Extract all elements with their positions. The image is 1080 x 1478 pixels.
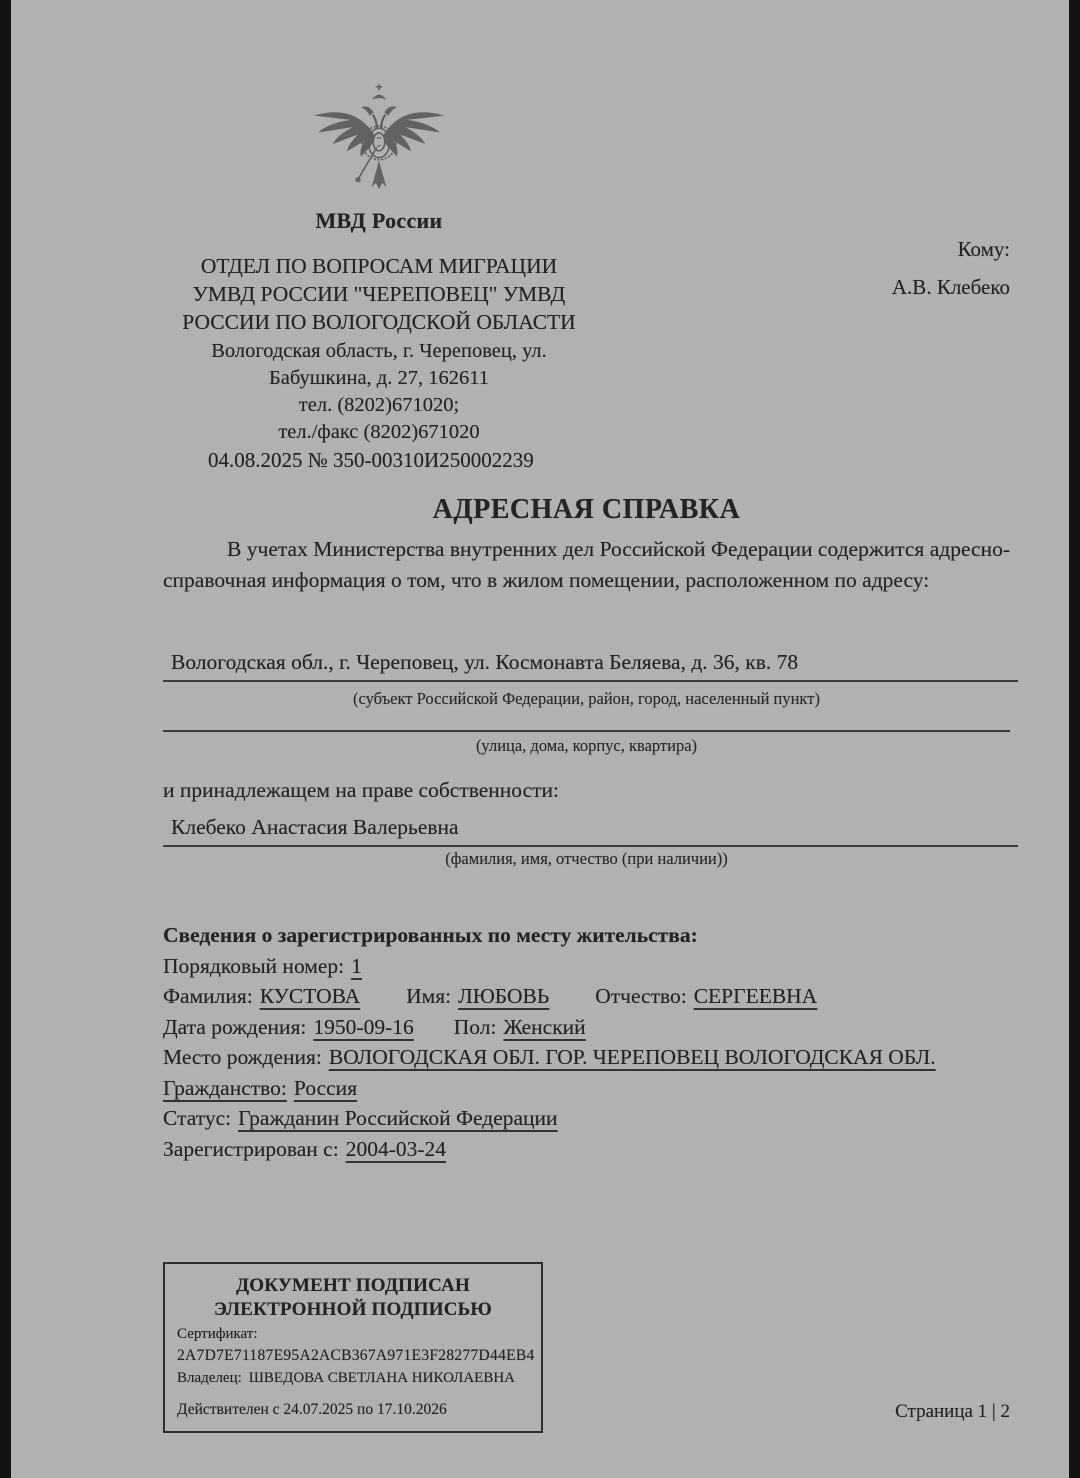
document-page: МВД России ОТДЕЛ ПО ВОПРОСАМ МИГРАЦИИ УМ…: [11, 0, 1069, 1478]
stamp-cert-label: Сертификат:: [177, 1324, 529, 1345]
address-caption-street: (улица, дома, корпус, квартира): [163, 736, 1010, 756]
stamp-owner-label: Владелец:: [177, 1370, 242, 1386]
recipient-name: А.В. Клебеко: [892, 275, 1010, 299]
seq-row: Порядковый номер:1: [163, 951, 1021, 982]
birth-sex-row: Дата рождения:1950-09-16Пол:Женский: [163, 1012, 1021, 1043]
registered-since-row: Зарегистрирован с:2004-03-24: [163, 1134, 1021, 1165]
name-value: ЛЮБОВЬ: [458, 984, 549, 1008]
doc-number-line: 04.08.2025 № 350-00310И250002239: [208, 448, 534, 473]
owner-caption: (фамилия, имя, отчество (при наличии)): [163, 849, 1010, 869]
address-blank-line: [163, 708, 1010, 732]
citizenship-row: Гражданство:Россия: [163, 1073, 1021, 1104]
status-label: Статус:: [163, 1106, 231, 1130]
fio-row: Фамилия:КУСТОВАИмя:ЛЮБОВЬОтчество:СЕРГЕЕ…: [163, 981, 1021, 1012]
letterhead: МВД России ОТДЕЛ ПО ВОПРОСАМ МИГРАЦИИ УМ…: [163, 82, 595, 446]
registered-since-value: 2004-03-24: [346, 1137, 446, 1161]
registered-since-label: Зарегистрирован с:: [163, 1137, 339, 1161]
stamp-cert-value: 2A7D7E71187E95A2ACB367A971E3F28277D44EB4: [177, 1345, 529, 1366]
electronic-signature-stamp: ДОКУМЕНТ ПОДПИСАН ЭЛЕКТРОННОЙ ПОДПИСЬЮ С…: [163, 1262, 543, 1433]
registered-block: Сведения о зарегистрированных по месту ж…: [163, 920, 1021, 1164]
patronymic-label: Отчество:: [595, 984, 686, 1008]
sex-label: Пол:: [454, 1015, 497, 1039]
status-row: Статус:Гражданин Российской Федерации: [163, 1103, 1021, 1134]
address-value-line: Вологодская обл., г. Череповец, ул. Косм…: [163, 650, 1018, 682]
citizenship-value: Россия: [294, 1076, 357, 1100]
owner-name-line: Клебеко Анастасия Валерьевна: [163, 815, 1018, 847]
surname-label: Фамилия:: [163, 984, 253, 1008]
birth-date-value: 1950-09-16: [313, 1015, 413, 1039]
stamp-owner-value: ШВЕДОВА СВЕТЛАНА НИКОЛАЕВНА: [249, 1370, 515, 1386]
org-fax-line: тел./факс (8202)671020: [163, 419, 595, 446]
birth-date-label: Дата рождения:: [163, 1015, 306, 1039]
seq-label: Порядковый номер:: [163, 954, 344, 978]
birth-place-row: Место рождения:ВОЛОГОДСКАЯ ОБЛ. ГОР. ЧЕР…: [163, 1042, 1021, 1073]
emblem-caption: МВД России: [163, 208, 595, 234]
stamp-owner-row: Владелец:ШВЕДОВА СВЕТЛАНА НИКОЛАЕВНА: [177, 1368, 529, 1389]
seq-value: 1: [351, 954, 362, 978]
org-line-3: РОССИИ ПО ВОЛОГОДСКОЙ ОБЛАСТИ: [163, 308, 595, 336]
name-label: Имя:: [406, 984, 451, 1008]
page-number: Страница 1 | 2: [895, 1401, 1010, 1423]
birth-place-value: ВОЛОГОДСКАЯ ОБЛ. ГОР. ЧЕРЕПОВЕЦ ВОЛОГОДС…: [329, 1045, 936, 1069]
mvd-eagle-emblem-icon: [300, 82, 458, 206]
citizenship-label: Гражданство:: [163, 1076, 287, 1100]
stamp-title-line2: ЭЛЕКТРОННОЙ ПОДПИСЬЮ: [177, 1298, 529, 1322]
org-phone-line: тел. (8202)671020;: [163, 392, 595, 419]
stamp-title-line1: ДОКУМЕНТ ПОДПИСАН: [177, 1274, 529, 1298]
intro-paragraph: В учетах Министерства внутренних дел Рос…: [163, 534, 1010, 596]
recipient-label: Кому:: [892, 237, 1010, 261]
patronymic-value: СЕРГЕЕВНА: [694, 984, 818, 1008]
sex-value: Женский: [503, 1015, 585, 1039]
birth-place-label: Место рождения:: [163, 1045, 322, 1069]
org-line-1: ОТДЕЛ ПО ВОПРОСАМ МИГРАЦИИ: [163, 252, 595, 280]
stamp-validity: Действителен с 24.07.2025 по 17.10.2026: [177, 1401, 529, 1419]
document-viewer: МВД России ОТДЕЛ ПО ВОПРОСАМ МИГРАЦИИ УМ…: [0, 0, 1080, 1478]
ownership-label: и принадлежащем на праве собственности:: [163, 778, 559, 803]
status-value: Гражданин Российской Федерации: [238, 1106, 557, 1130]
recipient-block: Кому: А.В. Клебеко: [892, 237, 1010, 299]
registered-heading: Сведения о зарегистрированных по месту ж…: [163, 920, 1021, 951]
org-address-line-2: Бабушкина, д. 27, 162611: [163, 365, 595, 392]
address-caption-subject: (субъект Российской Федерации, район, го…: [163, 689, 1010, 709]
org-line-2: УМВД РОССИИ "ЧЕРЕПОВЕЦ" УМВД: [163, 280, 595, 308]
org-address-line-1: Вологодская область, г. Череповец, ул.: [163, 338, 595, 365]
surname-value: КУСТОВА: [260, 984, 360, 1008]
document-title: АДРЕСНАЯ СПРАВКА: [163, 494, 1010, 526]
